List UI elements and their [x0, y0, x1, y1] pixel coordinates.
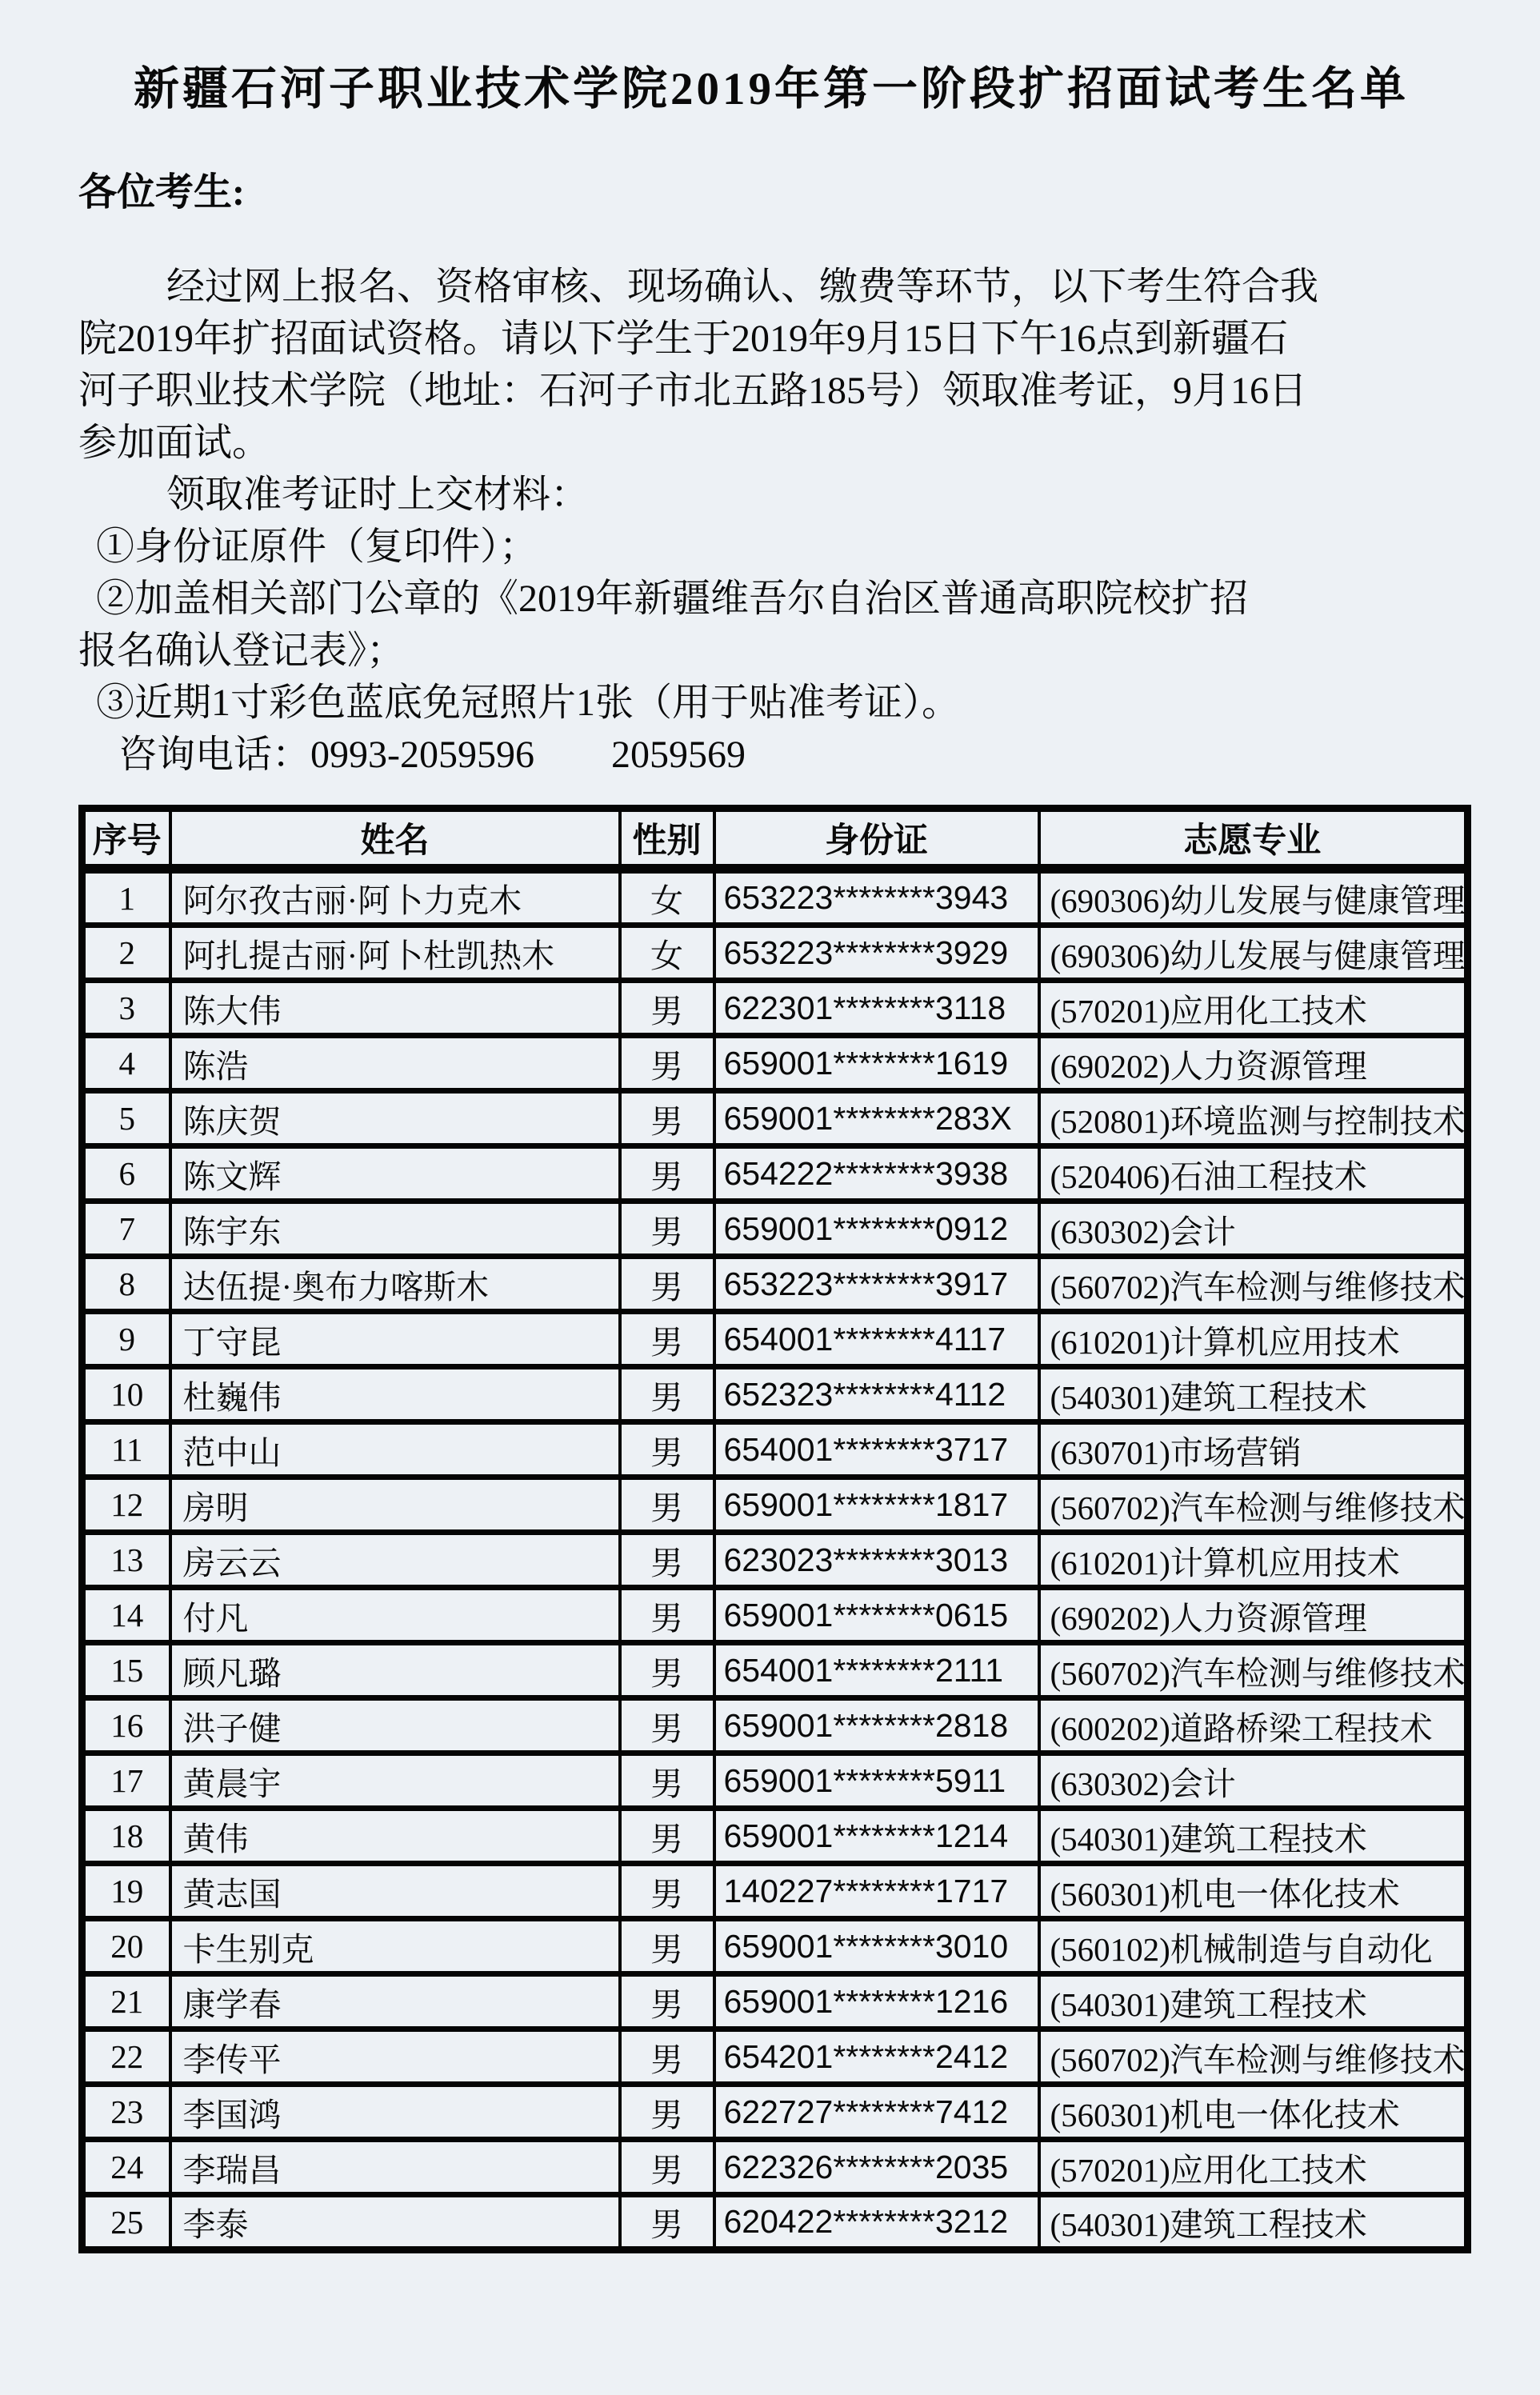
cell-id-number: 622727********7412 — [714, 2085, 1039, 2140]
cell-id-number: 623023********3013 — [714, 1533, 1039, 1588]
notice-line: 参加面试。 — [78, 417, 1464, 469]
cell-gender: 男 — [620, 1588, 714, 1643]
cell-gender: 男 — [620, 2085, 714, 2140]
cell-major: (560301)机电一体化技术 — [1039, 1864, 1468, 1919]
cell-id-number: 620422********3212 — [714, 2195, 1039, 2250]
cell-index: 2 — [82, 926, 170, 981]
column-header-index: 序号 — [82, 808, 170, 869]
cell-index: 1 — [82, 869, 170, 926]
notice-line: 河子职业技术学院（地址：石河子市北五路185号）领取准考证，9月16日 — [78, 365, 1464, 417]
table-row: 21康学春男659001********1216(540301)建筑工程技术 — [82, 1974, 1468, 2029]
cell-id-number: 654001********4117 — [714, 1312, 1039, 1367]
notice-body: 经过网上报名、资格审核、现场确认、缴费等环节，以下考生符合我院2019年扩招面试… — [78, 261, 1464, 781]
cell-name: 陈庆贺 — [170, 1091, 620, 1146]
cell-index: 21 — [82, 1974, 170, 2029]
cell-gender: 女 — [620, 869, 714, 926]
cell-name: 李瑞昌 — [170, 2140, 620, 2195]
cell-major: (690202)人力资源管理 — [1039, 1036, 1468, 1091]
table-row: 1阿尔孜古丽·阿卜力克木女653223********3943(690306)幼… — [82, 869, 1468, 926]
cell-index: 19 — [82, 1864, 170, 1919]
cell-index: 16 — [82, 1698, 170, 1753]
column-header-name: 姓名 — [170, 808, 620, 869]
cell-index: 25 — [82, 2195, 170, 2250]
cell-gender: 男 — [620, 1974, 714, 2029]
table-row: 16洪子健男659001********2818(600202)道路桥梁工程技术 — [82, 1698, 1468, 1753]
table-row: 22李传平男654201********2412(560702)汽车检测与维修技… — [82, 2029, 1468, 2085]
cell-major: (520406)石油工程技术 — [1039, 1146, 1468, 1201]
notice-line: 报名确认登记表》； — [78, 625, 1464, 677]
cell-gender: 男 — [620, 1367, 714, 1422]
notice-line: ③近期1寸彩色蓝底免冠照片1张（用于贴准考证）。 — [78, 677, 1464, 729]
cell-id-number: 659001********1214 — [714, 1809, 1039, 1864]
cell-name: 阿尔孜古丽·阿卜力克木 — [170, 869, 620, 926]
cell-id-number: 659001********5911 — [714, 1753, 1039, 1809]
table-header-row: 序号姓名性别身份证志愿专业 — [82, 808, 1468, 869]
cell-name: 付凡 — [170, 1588, 620, 1643]
table-row: 10杜巍伟男652323********4112(540301)建筑工程技术 — [82, 1367, 1468, 1422]
cell-index: 11 — [82, 1422, 170, 1477]
cell-id-number: 654201********2412 — [714, 2029, 1039, 2085]
cell-major: (560301)机电一体化技术 — [1039, 2085, 1468, 2140]
table-row: 24李瑞昌男622326********2035(570201)应用化工技术 — [82, 2140, 1468, 2195]
cell-major: (540301)建筑工程技术 — [1039, 2195, 1468, 2250]
cell-id-number: 659001********1619 — [714, 1036, 1039, 1091]
cell-gender: 男 — [620, 1036, 714, 1091]
document-title: 新疆石河子职业技术学院2019年第一阶段扩招面试考生名单 — [78, 0, 1464, 117]
cell-id-number: 653223********3929 — [714, 926, 1039, 981]
table-row: 15顾凡璐男654001********2111(560702)汽车检测与维修技… — [82, 1643, 1468, 1698]
cell-gender: 男 — [620, 1091, 714, 1146]
cell-index: 13 — [82, 1533, 170, 1588]
column-header-gender: 性别 — [620, 808, 714, 869]
cell-index: 24 — [82, 2140, 170, 2195]
cell-id-number: 659001********2818 — [714, 1698, 1039, 1753]
cell-gender: 男 — [620, 1533, 714, 1588]
notice-line: 领取准考证时上交材料： — [78, 469, 1464, 521]
cell-gender: 男 — [620, 1753, 714, 1809]
cell-gender: 男 — [620, 1201, 714, 1257]
cell-gender: 男 — [620, 1864, 714, 1919]
cell-name: 李传平 — [170, 2029, 620, 2085]
cell-index: 18 — [82, 1809, 170, 1864]
cell-gender: 男 — [620, 1809, 714, 1864]
cell-index: 9 — [82, 1312, 170, 1367]
cell-id-number: 654001********3717 — [714, 1422, 1039, 1477]
notice-line: 咨询电话：0993-2059596 2059569 — [78, 729, 1464, 781]
table-row: 7陈宇东男659001********0912(630302)会计 — [82, 1201, 1468, 1257]
table-row: 14付凡男659001********0615(690202)人力资源管理 — [82, 1588, 1468, 1643]
table-row: 17黄晨宇男659001********5911(630302)会计 — [82, 1753, 1468, 1809]
table-row: 11范中山男654001********3717(630701)市场营销 — [82, 1422, 1468, 1477]
table-row: 19黄志国男140227********1717(560301)机电一体化技术 — [82, 1864, 1468, 1919]
table-row: 6陈文辉男654222********3938(520406)石油工程技术 — [82, 1146, 1468, 1201]
cell-major: (690306)幼儿发展与健康管理 — [1039, 926, 1468, 981]
table-row: 25李泰男620422********3212(540301)建筑工程技术 — [82, 2195, 1468, 2250]
cell-index: 20 — [82, 1919, 170, 1974]
cell-major: (560102)机械制造与自动化 — [1039, 1919, 1468, 1974]
cell-gender: 男 — [620, 2195, 714, 2250]
cell-gender: 男 — [620, 1919, 714, 1974]
cell-name: 顾凡璐 — [170, 1643, 620, 1698]
table-row: 20卡生别克男659001********3010(560102)机械制造与自动… — [82, 1919, 1468, 1974]
cell-name: 康学春 — [170, 1974, 620, 2029]
cell-major: (690306)幼儿发展与健康管理 — [1039, 869, 1468, 926]
cell-index: 3 — [82, 981, 170, 1036]
cell-gender: 男 — [620, 1477, 714, 1533]
cell-id-number: 653223********3917 — [714, 1257, 1039, 1312]
cell-id-number: 659001********0912 — [714, 1201, 1039, 1257]
cell-id-number: 140227********1717 — [714, 1864, 1039, 1919]
cell-name: 洪子健 — [170, 1698, 620, 1753]
cell-index: 7 — [82, 1201, 170, 1257]
cell-gender: 男 — [620, 1146, 714, 1201]
cell-major: (630701)市场营销 — [1039, 1422, 1468, 1477]
cell-name: 房云云 — [170, 1533, 620, 1588]
cell-gender: 男 — [620, 1422, 714, 1477]
cell-major: (540301)建筑工程技术 — [1039, 1367, 1468, 1422]
cell-id-number: 659001********283X — [714, 1091, 1039, 1146]
column-header-id: 身份证 — [714, 808, 1039, 869]
cell-major: (610201)计算机应用技术 — [1039, 1312, 1468, 1367]
cell-major: (570201)应用化工技术 — [1039, 981, 1468, 1036]
cell-gender: 男 — [620, 1312, 714, 1367]
cell-major: (610201)计算机应用技术 — [1039, 1533, 1468, 1588]
cell-index: 23 — [82, 2085, 170, 2140]
cell-id-number: 659001********0615 — [714, 1588, 1039, 1643]
table-row: 4陈浩男659001********1619(690202)人力资源管理 — [82, 1036, 1468, 1091]
cell-major: (570201)应用化工技术 — [1039, 2140, 1468, 2195]
notice-line: ②加盖相关部门公章的《2019年新疆维吾尔自治区普通高职院校扩招 — [78, 573, 1464, 625]
cell-index: 12 — [82, 1477, 170, 1533]
notice-document-page: 新疆石河子职业技术学院2019年第一阶段扩招面试考生名单 各位考生: 经过网上报… — [0, 0, 1540, 2395]
cell-major: (600202)道路桥梁工程技术 — [1039, 1698, 1468, 1753]
cell-gender: 男 — [620, 2140, 714, 2195]
cell-index: 10 — [82, 1367, 170, 1422]
cell-name: 陈浩 — [170, 1036, 620, 1091]
cell-name: 阿扎提古丽·阿卜杜凯热木 — [170, 926, 620, 981]
table-row: 8达伍提·奥布力喀斯木男653223********3917(560702)汽车… — [82, 1257, 1468, 1312]
cell-gender: 男 — [620, 1257, 714, 1312]
cell-index: 5 — [82, 1091, 170, 1146]
table-row: 23李国鸿男622727********7412(560301)机电一体化技术 — [82, 2085, 1468, 2140]
cell-name: 李国鸿 — [170, 2085, 620, 2140]
cell-gender: 男 — [620, 1698, 714, 1753]
cell-id-number: 652323********4112 — [714, 1367, 1039, 1422]
cell-index: 14 — [82, 1588, 170, 1643]
cell-name: 卡生别克 — [170, 1919, 620, 1974]
cell-index: 15 — [82, 1643, 170, 1698]
salutation: 各位考生: — [78, 170, 1464, 216]
cell-index: 22 — [82, 2029, 170, 2085]
cell-name: 丁守昆 — [170, 1312, 620, 1367]
table-row: 3陈大伟男622301********3118(570201)应用化工技术 — [82, 981, 1468, 1036]
cell-id-number: 654001********2111 — [714, 1643, 1039, 1698]
cell-id-number: 622326********2035 — [714, 2140, 1039, 2195]
table-row: 5陈庆贺男659001********283X(520801)环境监测与控制技术 — [82, 1091, 1468, 1146]
cell-id-number: 659001********1817 — [714, 1477, 1039, 1533]
notice-line: ①身份证原件（复印件）； — [78, 521, 1464, 573]
cell-name: 范中山 — [170, 1422, 620, 1477]
cell-index: 17 — [82, 1753, 170, 1809]
table-row: 18黄伟男659001********1214(540301)建筑工程技术 — [82, 1809, 1468, 1864]
cell-major: (560702)汽车检测与维修技术 — [1039, 1477, 1468, 1533]
cell-major: (690202)人力资源管理 — [1039, 1588, 1468, 1643]
cell-name: 李泰 — [170, 2195, 620, 2250]
cell-major: (630302)会计 — [1039, 1201, 1468, 1257]
cell-gender: 女 — [620, 926, 714, 981]
cell-major: (560702)汽车检测与维修技术 — [1039, 2029, 1468, 2085]
cell-id-number: 659001********1216 — [714, 1974, 1039, 2029]
cell-major: (540301)建筑工程技术 — [1039, 1974, 1468, 2029]
cell-major: (630302)会计 — [1039, 1753, 1468, 1809]
cell-gender: 男 — [620, 2029, 714, 2085]
cell-major: (560702)汽车检测与维修技术 — [1039, 1643, 1468, 1698]
table-row: 12房明男659001********1817(560702)汽车检测与维修技术 — [82, 1477, 1468, 1533]
cell-name: 黄晨宇 — [170, 1753, 620, 1809]
cell-gender: 男 — [620, 1643, 714, 1698]
cell-name: 黄伟 — [170, 1809, 620, 1864]
cell-major: (540301)建筑工程技术 — [1039, 1809, 1468, 1864]
cell-index: 4 — [82, 1036, 170, 1091]
cell-major: (560702)汽车检测与维修技术 — [1039, 1257, 1468, 1312]
cell-name: 陈宇东 — [170, 1201, 620, 1257]
cell-index: 8 — [82, 1257, 170, 1312]
table-row: 2阿扎提古丽·阿卜杜凯热木女653223********3929(690306)… — [82, 926, 1468, 981]
table-row: 9丁守昆男654001********4117(610201)计算机应用技术 — [82, 1312, 1468, 1367]
cell-name: 黄志国 — [170, 1864, 620, 1919]
candidate-roster-table: 序号姓名性别身份证志愿专业 1阿尔孜古丽·阿卜力克木女653223*******… — [78, 805, 1471, 2254]
cell-gender: 男 — [620, 981, 714, 1036]
cell-id-number: 654222********3938 — [714, 1146, 1039, 1201]
cell-id-number: 659001********3010 — [714, 1919, 1039, 1974]
cell-id-number: 653223********3943 — [714, 869, 1039, 926]
cell-major: (520801)环境监测与控制技术 — [1039, 1091, 1468, 1146]
cell-name: 达伍提·奥布力喀斯木 — [170, 1257, 620, 1312]
cell-name: 房明 — [170, 1477, 620, 1533]
table-row: 13房云云男623023********3013(610201)计算机应用技术 — [82, 1533, 1468, 1588]
cell-index: 6 — [82, 1146, 170, 1201]
cell-id-number: 622301********3118 — [714, 981, 1039, 1036]
cell-name: 陈大伟 — [170, 981, 620, 1036]
cell-name: 杜巍伟 — [170, 1367, 620, 1422]
column-header-major: 志愿专业 — [1039, 808, 1468, 869]
notice-line: 经过网上报名、资格审核、现场确认、缴费等环节，以下考生符合我 — [78, 261, 1464, 313]
notice-line: 院2019年扩招面试资格。请以下学生于2019年9月15日下午16点到新疆石 — [78, 313, 1464, 365]
cell-name: 陈文辉 — [170, 1146, 620, 1201]
